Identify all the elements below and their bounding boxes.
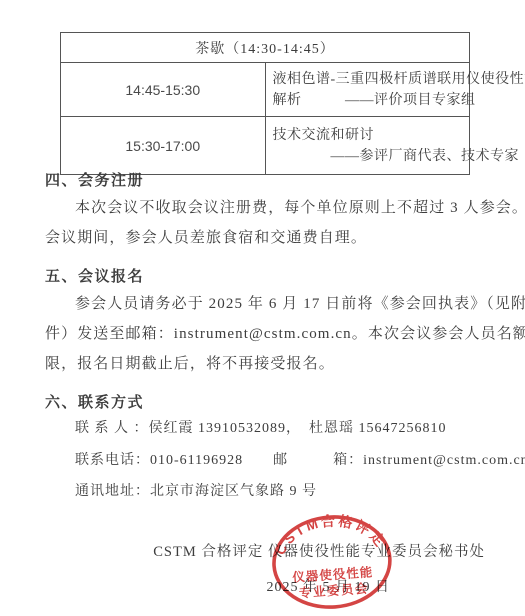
paragraph-line: 本次会议不收取会议注册费，每个单位原则上不超过 3 人参会。 (75, 196, 525, 217)
paragraph-line: 会议期间，参会人员差旅食宿和交通费自理。 (45, 226, 367, 247)
schedule-topic-cell: 技术交流和研讨 ——参评厂商代表、技术专家 (265, 117, 470, 175)
section-heading-contact: 六、联系方式 (45, 391, 144, 412)
signature-line: CSTM 合格评定 仪器使役性能专业委员会秘书处 (0, 540, 485, 561)
schedule-break-cell: 茶歇（14:30-14:45） (61, 33, 470, 63)
schedule-topic-line: 液相色谱-三重四极杆质谱联用仪使役性能评价结果 (273, 69, 463, 90)
schedule-topic-cell: 液相色谱-三重四极杆质谱联用仪使役性能评价结果 解析 ——评价项目专家组 (265, 63, 470, 117)
contact-address-line: 通讯地址：北京市海淀区气象路 9 号 (75, 480, 317, 500)
paragraph-line: 参会人员请务必于 2025 年 6 月 17 日前将《参会回执表》（见附 (75, 292, 525, 313)
schedule-time-cell: 14:45-15:30 (61, 63, 266, 117)
seal-ring-text: CSTM合格评定 (269, 509, 390, 558)
contact-phone-email-line: 联系电话：010-61196928 邮 箱：instrument@cstm.co… (75, 449, 525, 469)
table-row: 14:45-15:30 液相色谱-三重四极杆质谱联用仪使役性能评价结果 解析 —… (61, 63, 470, 117)
paragraph-line: 件）发送至邮箱：instrument@cstm.com.cn。本次会议参会人员名… (45, 322, 525, 343)
schedule-topic-line: 技术交流和研讨 (273, 125, 463, 146)
schedule-topic-line: ——参评厂商代表、技术专家 (273, 146, 463, 167)
section-heading-signup: 五、会议报名 (45, 265, 144, 286)
contact-person-line: 联 系 人 ：侯红霞 13910532089， 杜恩瑶 15647256810 (75, 417, 447, 437)
paragraph-line: 限，报名日期截止后，将不再接受报名。 (45, 352, 335, 373)
official-seal-stamp: CSTM合格评定 仪器使役性能 专业委员会 (265, 508, 400, 616)
table-row: 15:30-17:00 技术交流和研讨 ——参评厂商代表、技术专家 (61, 117, 470, 175)
schedule-table: 茶歇（14:30-14:45） 14:45-15:30 液相色谱-三重四极杆质谱… (60, 32, 470, 175)
section-heading-registration: 四、会务注册 (45, 169, 144, 190)
schedule-topic-line: 解析 ——评价项目专家组 (273, 90, 463, 111)
schedule-time-cell: 15:30-17:00 (61, 117, 266, 175)
table-row: 茶歇（14:30-14:45） (61, 33, 470, 63)
document-page: 茶歇（14:30-14:45） 14:45-15:30 液相色谱-三重四极杆质谱… (0, 0, 525, 616)
